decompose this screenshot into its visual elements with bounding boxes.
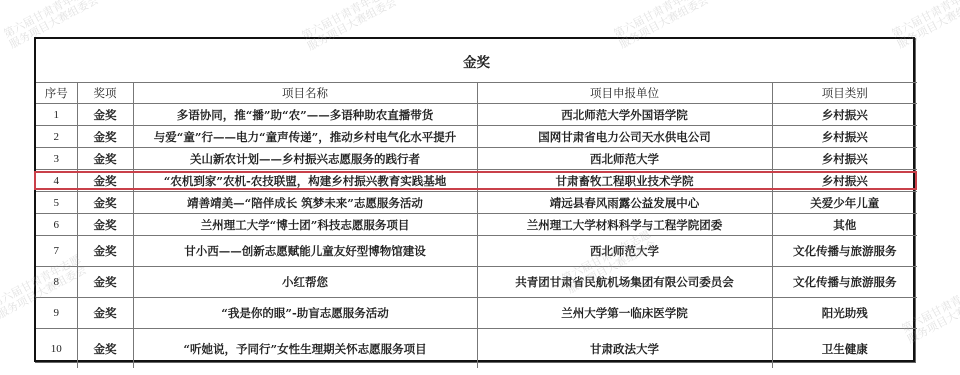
row-applicant-unit: 国网甘肃省电力公司天水供电公司 bbox=[477, 126, 772, 148]
row-award: 金奖 bbox=[77, 170, 133, 192]
row-seq: 9 bbox=[36, 298, 77, 329]
row-seq: 1 bbox=[36, 104, 77, 126]
row-applicant-unit: 西北师范大学 bbox=[477, 148, 772, 170]
row-category: 卫生健康 bbox=[772, 329, 917, 369]
table-row: 10 金奖 “听她说，予同行”女性生理期关怀志愿服务项目 甘肃政法大学 卫生健康 bbox=[36, 329, 917, 369]
row-seq: 7 bbox=[36, 236, 77, 267]
row-seq: 8 bbox=[36, 267, 77, 298]
header-seq: 序号 bbox=[36, 83, 77, 104]
header-applicant-unit: 项目申报单位 bbox=[477, 83, 772, 104]
award-table-container: 金奖 序号 奖项 项目名称 项目申报单位 项目类别 1 金奖 多语协同，推“播”… bbox=[34, 37, 915, 362]
watermark-line1: 第六届甘肃青年志愿 bbox=[890, 0, 960, 41]
row-seq: 4 bbox=[36, 170, 77, 192]
row-award: 金奖 bbox=[77, 104, 133, 126]
table-row: 7 金奖 甘小西——创新志愿赋能儿童友好型博物馆建设 西北师范大学 文化传播与旅… bbox=[36, 236, 917, 267]
row-project-name: 多语协同，推“播”助“农”——多语种助农直播带货 bbox=[133, 104, 477, 126]
row-project-name: 关山新农计划——乡村振兴志愿服务的践行者 bbox=[133, 148, 477, 170]
row-award: 金奖 bbox=[77, 214, 133, 236]
row-applicant-unit: 甘肃政法大学 bbox=[477, 329, 772, 369]
header-award: 奖项 bbox=[77, 83, 133, 104]
row-seq: 3 bbox=[36, 148, 77, 170]
row-seq: 6 bbox=[36, 214, 77, 236]
row-project-name: 甘小西——创新志愿赋能儿童友好型博物馆建设 bbox=[133, 236, 477, 267]
row-project-name: “听她说，予同行”女性生理期关怀志愿服务项目 bbox=[133, 329, 477, 369]
row-project-name: 靖善靖美—“陪伴成长 筑梦未来”志愿服务活动 bbox=[133, 192, 477, 214]
row-applicant-unit: 西北师范大学外国语学院 bbox=[477, 104, 772, 126]
watermark-line1: 第六届甘肃青年志愿 bbox=[2, 0, 95, 41]
row-category: 关爱少年儿童 bbox=[772, 192, 917, 214]
row-project-name: “农机到家”农机-农技联盟，构建乡村振兴教育实践基地 bbox=[133, 170, 477, 192]
table-title: 金奖 bbox=[36, 39, 917, 83]
row-applicant-unit: 兰州大学第一临床医学院 bbox=[477, 298, 772, 329]
table-row: 5 金奖 靖善靖美—“陪伴成长 筑梦未来”志愿服务活动 靖远县春风雨露公益发展中… bbox=[36, 192, 917, 214]
row-category: 乡村振兴 bbox=[772, 170, 917, 192]
row-applicant-unit: 兰州理工大学材料科学与工程学院团委 bbox=[477, 214, 772, 236]
row-applicant-unit: 共青团甘肃省民航机场集团有限公司委员会 bbox=[477, 267, 772, 298]
table-title-row: 金奖 bbox=[36, 39, 917, 83]
row-award: 金奖 bbox=[77, 148, 133, 170]
table-row: 3 金奖 关山新农计划——乡村振兴志愿服务的践行者 西北师范大学 乡村振兴 bbox=[36, 148, 917, 170]
table-row: 8 金奖 小红帮您 共青团甘肃省民航机场集团有限公司委员会 文化传播与旅游服务 bbox=[36, 267, 917, 298]
row-category: 乡村振兴 bbox=[772, 104, 917, 126]
table-row: 1 金奖 多语协同，推“播”助“农”——多语种助农直播带货 西北师范大学外国语学… bbox=[36, 104, 917, 126]
row-category: 文化传播与旅游服务 bbox=[772, 236, 917, 267]
row-seq: 10 bbox=[36, 329, 77, 369]
row-award: 金奖 bbox=[77, 126, 133, 148]
row-applicant-unit: 甘肃畜牧工程职业技术学院 bbox=[477, 170, 772, 192]
award-table: 金奖 序号 奖项 项目名称 项目申报单位 项目类别 1 金奖 多语协同，推“播”… bbox=[36, 39, 917, 368]
row-project-name: 与爱“童”行——电力“童声传递”，推动乡村电气化水平提升 bbox=[133, 126, 477, 148]
row-category: 乡村振兴 bbox=[772, 148, 917, 170]
row-category: 其他 bbox=[772, 214, 917, 236]
table-row: 6 金奖 兰州理工大学“博士团”科技志愿服务项目 兰州理工大学材料科学与工程学院… bbox=[36, 214, 917, 236]
table-row: 9 金奖 “我是你的眼”-助盲志愿服务活动 兰州大学第一临床医学院 阳光助残 bbox=[36, 298, 917, 329]
row-award: 金奖 bbox=[77, 236, 133, 267]
row-category: 乡村振兴 bbox=[772, 126, 917, 148]
row-seq: 2 bbox=[36, 126, 77, 148]
header-project-name: 项目名称 bbox=[133, 83, 477, 104]
watermark-line1: 第六届甘肃青年志愿 bbox=[612, 0, 705, 41]
row-award: 金奖 bbox=[77, 329, 133, 369]
row-award: 金奖 bbox=[77, 192, 133, 214]
row-applicant-unit: 西北师范大学 bbox=[477, 236, 772, 267]
row-project-name: “我是你的眼”-助盲志愿服务活动 bbox=[133, 298, 477, 329]
row-project-name: 小红帮您 bbox=[133, 267, 477, 298]
row-applicant-unit: 靖远县春风雨露公益发展中心 bbox=[477, 192, 772, 214]
row-category: 文化传播与旅游服务 bbox=[772, 267, 917, 298]
table-row: 2 金奖 与爱“童”行——电力“童声传递”，推动乡村电气化水平提升 国网甘肃省电… bbox=[36, 126, 917, 148]
row-seq: 5 bbox=[36, 192, 77, 214]
row-award: 金奖 bbox=[77, 267, 133, 298]
header-category: 项目类别 bbox=[772, 83, 917, 104]
row-award: 金奖 bbox=[77, 298, 133, 329]
table-row-highlighted: 4 金奖 “农机到家”农机-农技联盟，构建乡村振兴教育实践基地 甘肃畜牧工程职业… bbox=[36, 170, 917, 192]
row-category: 阳光助残 bbox=[772, 298, 917, 329]
table-header-row: 序号 奖项 项目名称 项目申报单位 项目类别 bbox=[36, 83, 917, 104]
row-project-name: 兰州理工大学“博士团”科技志愿服务项目 bbox=[133, 214, 477, 236]
